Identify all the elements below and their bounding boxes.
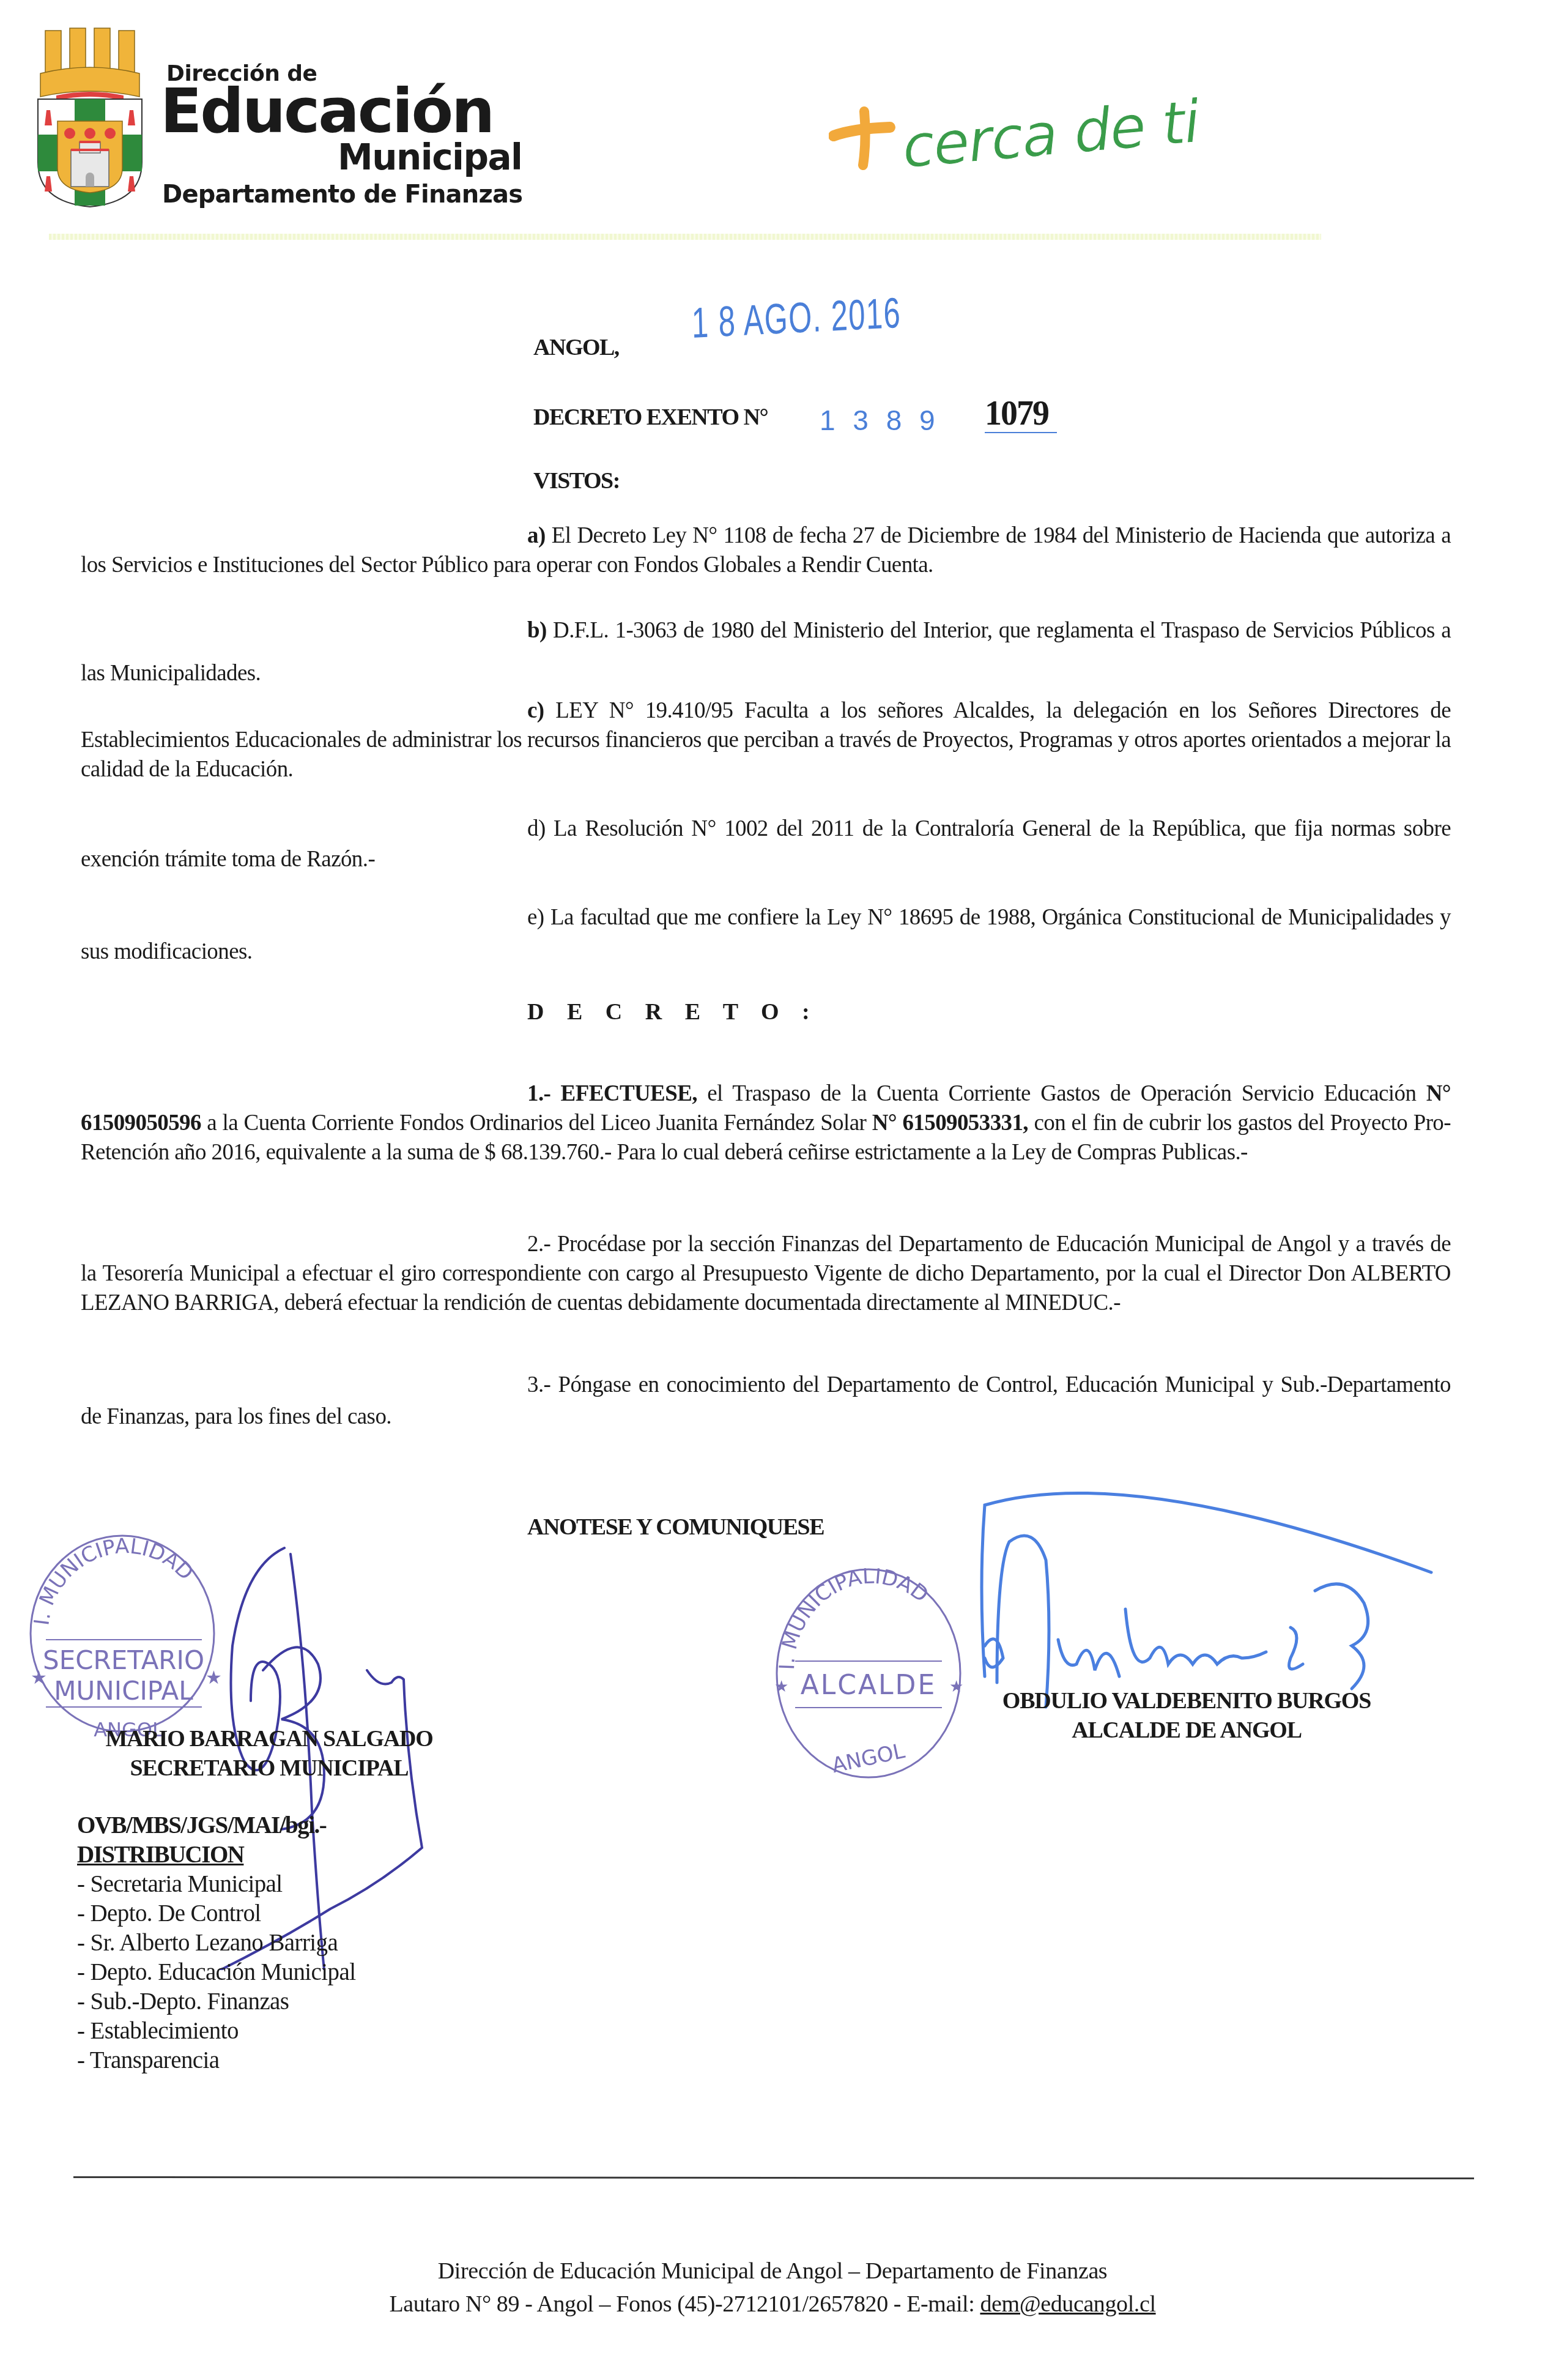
distribution-item: - Secretaria Municipal bbox=[77, 1870, 355, 1899]
decreto-title: D E C R E T O : bbox=[527, 998, 818, 1025]
article-2: 2.- Procédase por la sección Finanzas de… bbox=[81, 1230, 1451, 1318]
article-3: 3.- Póngase en conocimiento del Departam… bbox=[81, 1369, 1451, 1433]
svg-text:ALCALDE: ALCALDE bbox=[801, 1670, 937, 1701]
header-line-municipal: Municipal bbox=[338, 139, 522, 175]
visto-c: c) LEY N° 19.410/95 Faculta a los señore… bbox=[81, 696, 1451, 784]
mayor-seal-icon: I. MUNICIPALIDAD ALCALDE ★★ ANGOL bbox=[765, 1563, 973, 1783]
visto-a: a) El Decreto Ley N° 1108 de fecha 27 de… bbox=[81, 521, 1451, 580]
footer-divider bbox=[73, 2176, 1474, 2179]
reference-initials: OVB/MBS/JGS/MAI/bgi.- bbox=[77, 1811, 355, 1840]
distribution-item: - Establecimiento bbox=[77, 2017, 355, 2046]
header-divider bbox=[49, 234, 1321, 240]
header-line-educacion: Educación bbox=[160, 81, 493, 142]
footer-contact: Lautaro N° 89 - Angol – Fonos (45)-27121… bbox=[0, 2291, 1545, 2318]
mayor-title: ALCALDE DE ANGOL bbox=[966, 1716, 1407, 1745]
decree-stamp-number: 1 3 8 9 bbox=[820, 404, 940, 437]
svg-text:I. MUNICIPALIDAD: I. MUNICIPALIDAD bbox=[775, 1564, 933, 1671]
article-1: 1.- EFECTUESE, el Traspaso de la Cuenta … bbox=[81, 1079, 1451, 1167]
mayor-name: OBDULIO VALDEBENITO BURGOS bbox=[966, 1686, 1407, 1716]
distribution-item: - Transparencia bbox=[77, 2046, 355, 2075]
visto-b: b) D.F.L. 1-3063 de 1980 del Ministerio … bbox=[81, 609, 1451, 695]
footer-address-phones: Lautaro N° 89 - Angol – Fonos (45)-27121… bbox=[389, 2291, 980, 2317]
municipal-coat-of-arms-icon bbox=[32, 24, 148, 208]
distribution-item: - Depto. De Control bbox=[77, 1899, 355, 1928]
date-stamp: 1 8 AGO. 2016 bbox=[691, 288, 902, 348]
svg-text:★: ★ bbox=[31, 1668, 47, 1688]
svg-text:★: ★ bbox=[949, 1678, 963, 1695]
decree-number: 1079 bbox=[985, 395, 1057, 433]
header-line-departamento: Departamento de Finanzas bbox=[162, 182, 522, 207]
place-label: ANGOL, bbox=[533, 334, 619, 361]
distribution-item: - Sr. Alberto Lezano Barriga bbox=[77, 1928, 355, 1958]
footer-institution: Dirección de Educación Municipal de Ango… bbox=[0, 2258, 1545, 2285]
secretary-title: SECRETARIO MUNICIPAL bbox=[86, 1753, 453, 1783]
footer-email-link[interactable]: dem@educangol.cl bbox=[980, 2291, 1155, 2317]
plus-icon bbox=[834, 111, 890, 165]
distribution-block: OVB/MBS/JGS/MAI/bgi.- DISTRIBUCION - Sec… bbox=[77, 1811, 355, 2075]
svg-text:ANGOL: ANGOL bbox=[830, 1739, 907, 1778]
slogan-cerca-de-ti: cerca de ti bbox=[829, 80, 1208, 177]
vistos-title: VISTOS: bbox=[533, 467, 620, 494]
distribution-title: DISTRIBUCION bbox=[77, 1840, 355, 1870]
distribution-item: - Depto. Educación Municipal bbox=[77, 1958, 355, 1987]
visto-e: e) La facultad que me confiere la Ley N°… bbox=[81, 901, 1451, 969]
svg-text:★: ★ bbox=[774, 1678, 788, 1695]
svg-text:cerca de ti: cerca de ti bbox=[899, 87, 1202, 177]
closing-formula: ANOTESE Y COMUNIQUESE bbox=[527, 1514, 824, 1541]
visto-d: d) La Resolución N° 1002 del 2011 de la … bbox=[81, 814, 1451, 875]
distribution-item: - Sub.-Depto. Finanzas bbox=[77, 1987, 355, 2017]
secretary-name: MARIO BARRAGAN SALGADO bbox=[86, 1724, 453, 1753]
account-destination: N° 61509053331, bbox=[872, 1110, 1028, 1136]
decree-label: DECRETO EXENTO N° bbox=[533, 404, 768, 431]
